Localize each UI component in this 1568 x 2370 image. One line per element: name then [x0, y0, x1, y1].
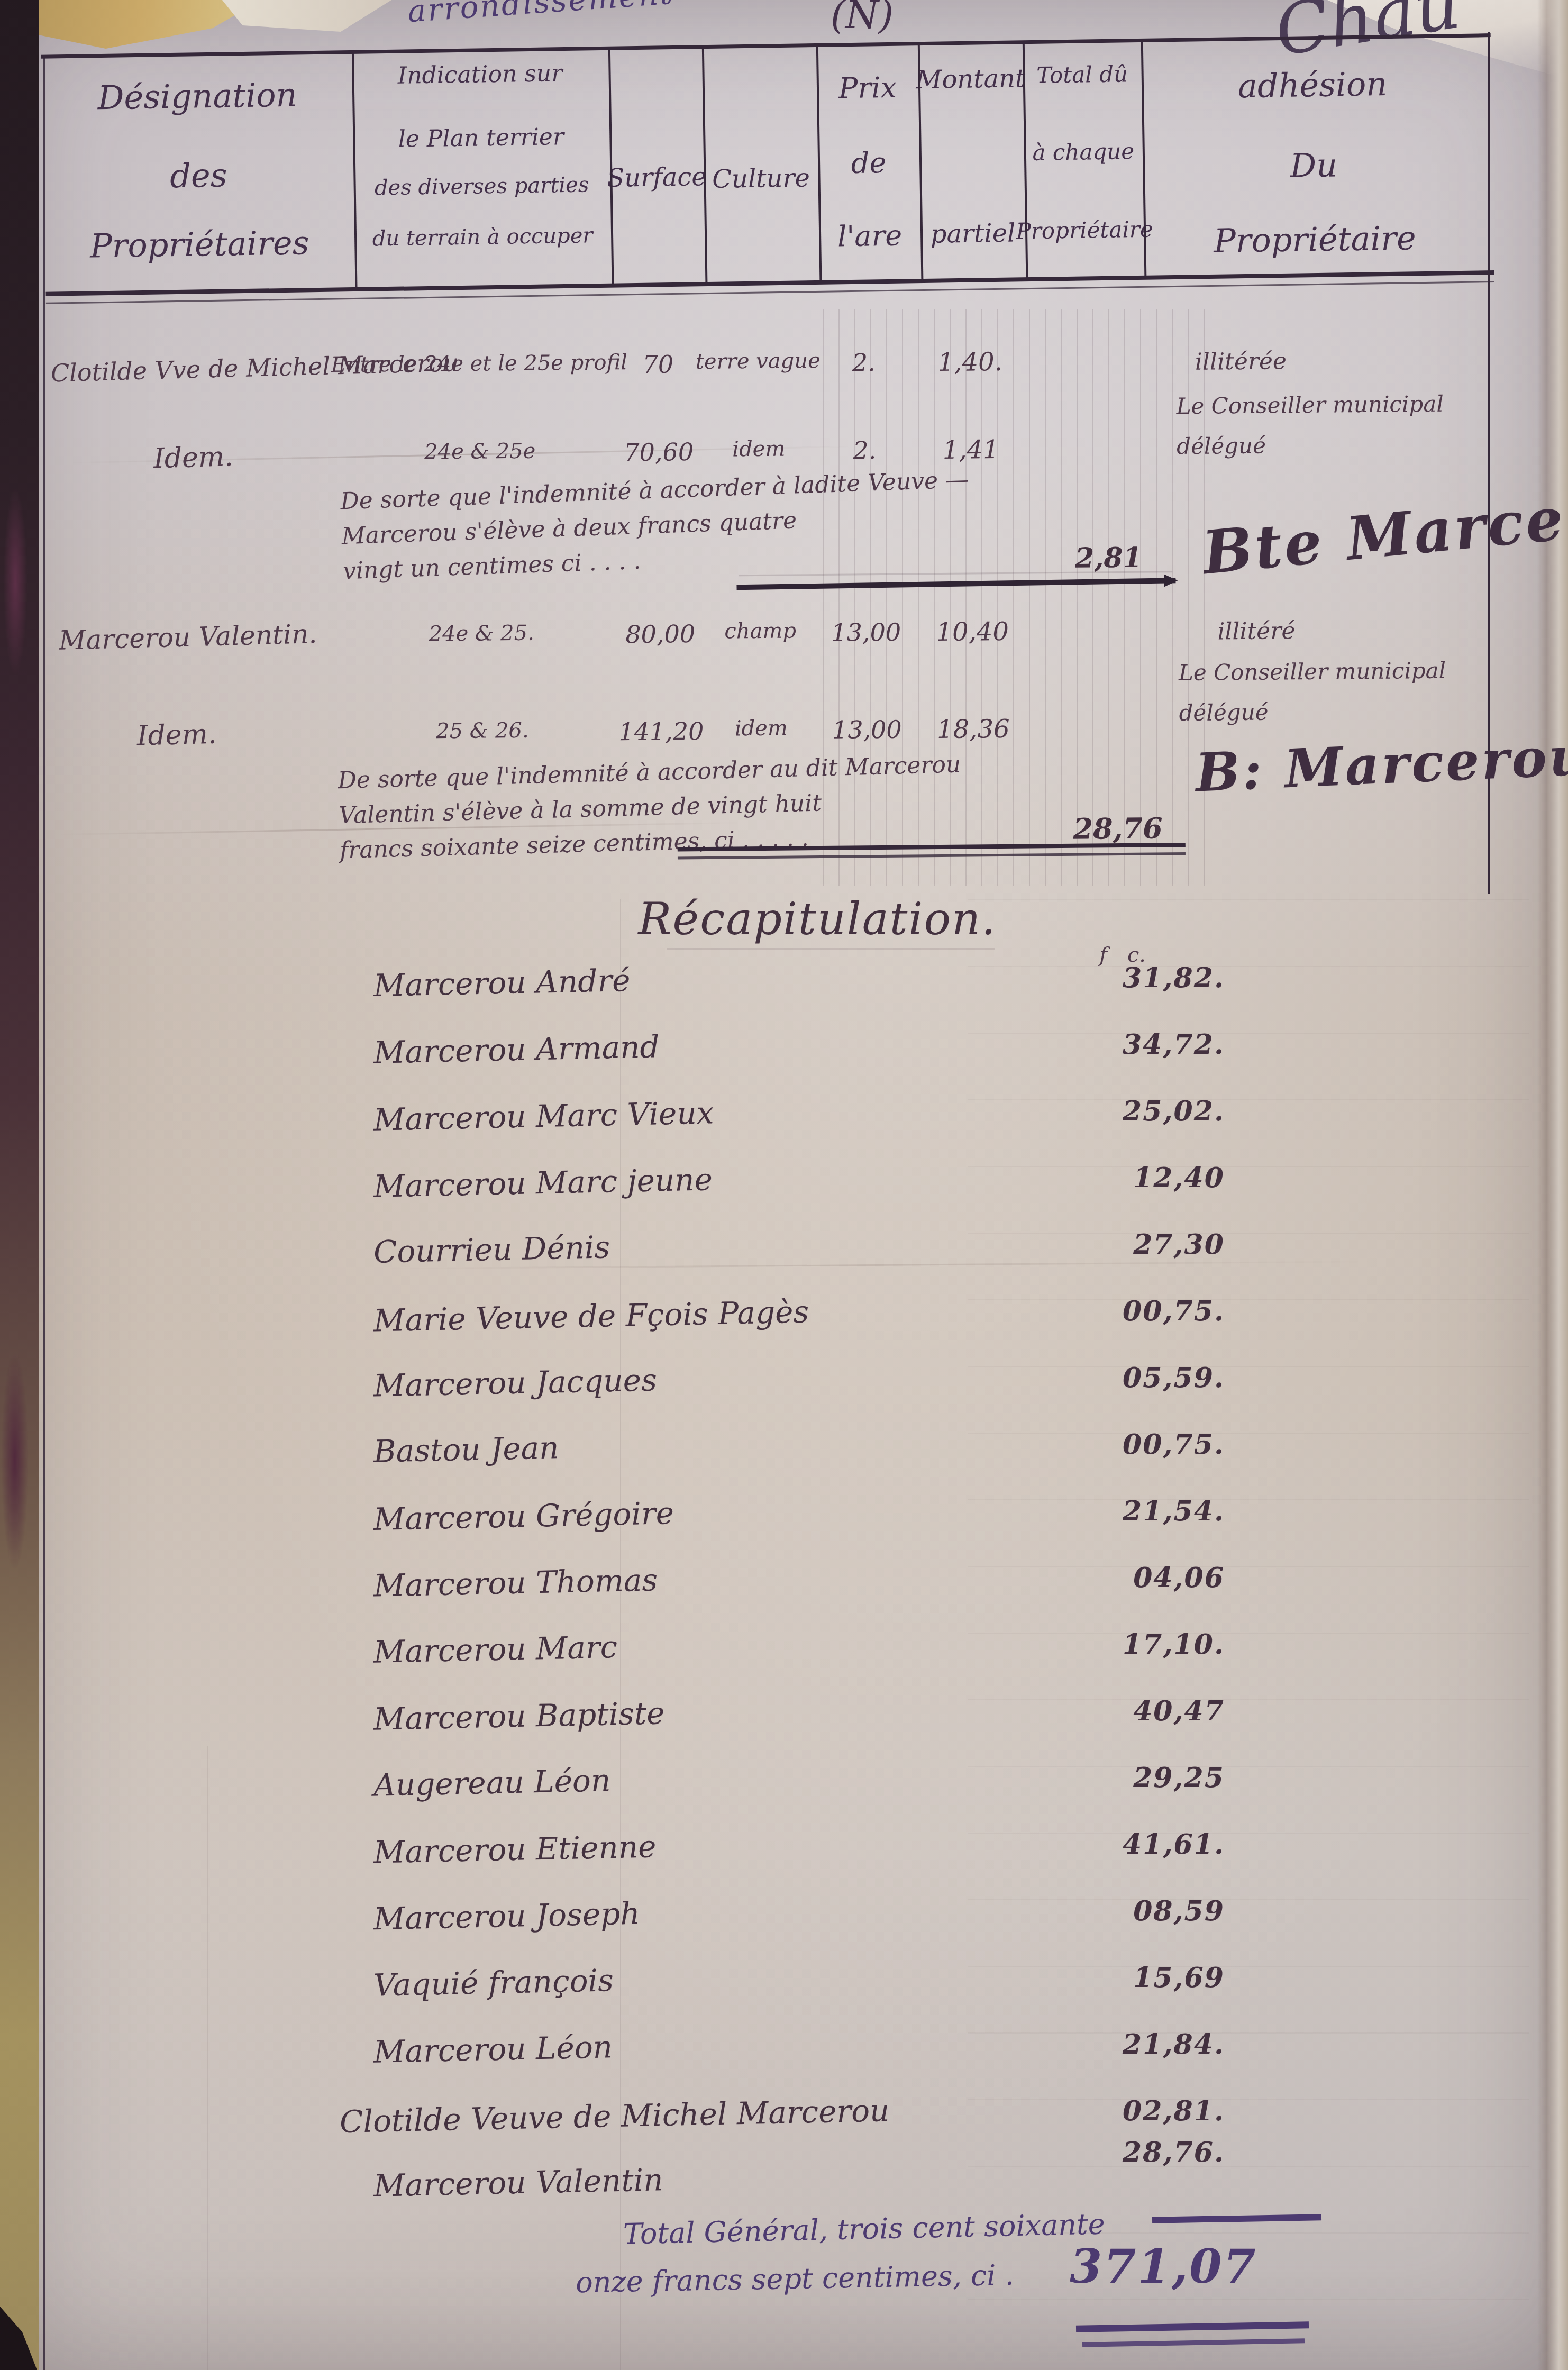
recap-owner-name: Marcerou Marc jeune: [373, 1161, 713, 1204]
entry-surface: 80,00: [625, 619, 695, 649]
subtotal-value: 2,81: [1075, 542, 1142, 575]
recap-amount: 04,06: [1050, 1562, 1225, 1594]
recap-amount: 00,75.: [1050, 1428, 1225, 1461]
recap-amount: 41,61.: [1050, 1828, 1225, 1861]
entry-prix: 2.: [852, 348, 876, 377]
entry-indication: 25 & 26.: [436, 718, 529, 744]
recap-title-underline: [667, 948, 995, 950]
recap-amount: 05,59.: [1050, 1362, 1225, 1394]
recap-owner-name: Marcerou Grégoire: [373, 1495, 674, 1537]
adhesion-note: délégué: [1179, 699, 1268, 726]
indemnity-note-1: De sorte que l'indemnité à accorder à la…: [340, 462, 971, 589]
grand-total-amount: 371,07: [1070, 2239, 1257, 2294]
entry-culture: idem: [732, 437, 785, 462]
entry-indication: 24e & 25e: [424, 439, 536, 464]
recap-owner-name: Marcerou André: [373, 962, 631, 1004]
recap-owner-name: Marcerou Jacques: [373, 1362, 657, 1403]
grand-total-underline-2: [1082, 2338, 1305, 2347]
entry-culture: idem: [735, 716, 788, 741]
recap-owner-name: Marcerou Valentin: [373, 2162, 663, 2203]
recap-amount: 08,59: [1050, 1895, 1225, 1927]
subtotal-value: 28,76: [1073, 811, 1163, 845]
recap-amount: 02,81.: [1050, 2095, 1225, 2127]
recap-owner-name: Marcerou Marc Vieux: [373, 1095, 714, 1137]
recap-amount: 21,54.: [1050, 1495, 1225, 1527]
adhesion-note: illitérée: [1195, 348, 1287, 376]
signature-b-marcerou: B: Marcerou: [1194, 724, 1568, 804]
recap-amount: 25,02.: [1050, 1095, 1225, 1127]
recap-amount: 34,72.: [1050, 1028, 1225, 1061]
recap-amount: 00,75.: [1050, 1295, 1225, 1327]
recap-owner-name: Bastou Jean: [373, 1429, 559, 1469]
recap-owner-name: Augereau Léon: [373, 1762, 611, 1803]
recap-owner-name: Clotilde Veuve de Michel Marcerou: [339, 2092, 890, 2140]
entry-montant: 1,41: [943, 435, 999, 465]
entry-indication: Entre le 24e et le 25e profil: [331, 350, 627, 377]
recap-owner-name: Marcerou Joseph: [373, 1895, 640, 1937]
entry-culture: terre vague: [696, 349, 821, 374]
ruling-line: [207, 1746, 208, 2370]
entry-surface: 70,60: [624, 437, 694, 467]
signature-bte-marcerou: Bte Marcerou: [1199, 472, 1568, 588]
adhesion-note: Le Conseiller municipal: [1176, 391, 1444, 419]
recap-owner-name: Marcerou Thomas: [373, 1562, 658, 1603]
recap-owner-name: Courrieu Dénis: [373, 1229, 610, 1270]
recap-owner-name: Marcerou Etienne: [373, 1828, 657, 1870]
owner-name: Idem.: [153, 441, 234, 475]
entry-montant: 10,40: [936, 617, 1009, 647]
entry-montant: 18,36: [937, 714, 1010, 744]
recap-amount: 28,76.: [1050, 2136, 1225, 2168]
recap-amount: 17,10.: [1050, 1628, 1225, 1661]
recap-owner-name: Marcerou Armand: [373, 1028, 660, 1070]
recap-amount: 21,84.: [1050, 2028, 1225, 2061]
adhesion-note: délégué: [1177, 433, 1266, 459]
adhesion-note: Le Conseiller municipal: [1179, 658, 1446, 686]
recap-amount: 12,40: [1050, 1162, 1225, 1194]
recap-amount: 15,69: [1050, 1962, 1225, 1994]
recap-owner-name: Vaquié françois: [373, 1962, 614, 2003]
entry-prix: 2.: [853, 436, 876, 464]
recap-amount: 31,82.: [1050, 962, 1225, 994]
recap-owner-name: Marcerou Baptiste: [373, 1695, 665, 1737]
owner-name: Marcerou Valentin.: [59, 618, 317, 656]
entry-surface: 141,20: [618, 717, 704, 746]
adhesion-note: illitéré: [1217, 617, 1296, 645]
recap-amount: 29,25: [1050, 1762, 1225, 1794]
table-body: Clotilde Vve de Michel MarcerouEntre le …: [0, 0, 1568, 926]
recap-owner-name: Marcerou Léon: [373, 2029, 613, 2070]
indemnity-note-2: De sorte que l'indemnité à accorder au d…: [338, 747, 963, 868]
recap-amount: 27,30: [1050, 1228, 1225, 1261]
entry-montant: 1,40.: [937, 347, 1002, 377]
ledger-photo-page: arrondissement (N) Chau DésignationdesPr…: [0, 0, 1568, 2370]
grand-total-text-2: onze francs sept centimes, ci .: [576, 2258, 1015, 2299]
recap-amount: 40,47: [1050, 1695, 1225, 1727]
recap-owner-name: Marie Veuve de Fçois Pagès: [373, 1293, 809, 1338]
recap-owner-name: Marcerou Marc: [373, 1629, 617, 1670]
entry-surface: 70: [642, 350, 673, 379]
entry-prix: 13,00: [831, 618, 901, 647]
subtotal-rule: [736, 578, 1175, 590]
entry-indication: 24e & 25.: [429, 621, 534, 646]
recap-title: Récapitulation.: [638, 893, 997, 945]
owner-name: Idem.: [136, 718, 217, 752]
entry-culture: champ: [724, 618, 796, 643]
entry-prix: 13,00: [832, 715, 902, 744]
